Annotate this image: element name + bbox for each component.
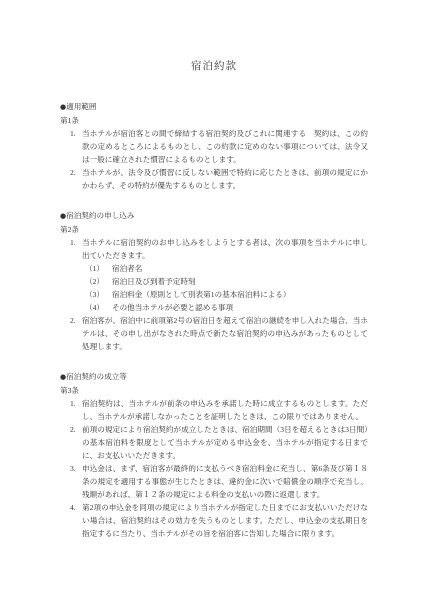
section-application: ●宿泊契約の申し込み 第2条 1. 当ホテルに宿泊契約のお申し込みをしようとする…: [60, 209, 368, 353]
sub-clause-number: （4）: [85, 301, 107, 314]
section-heading: ●適用範囲: [60, 100, 368, 114]
clause-number: 2.: [70, 314, 82, 353]
clause-number: 2.: [70, 166, 82, 192]
section-scope: ●適用範囲 第1条 1. 当ホテルが宿泊客との間で締結する宿泊契約及びこれに関連…: [60, 100, 368, 192]
clause-text: 第2項の申込金を同項の規定により当ホテルが指定した日までにお支払いいただけない場…: [82, 501, 368, 540]
clause-item: 2. 前項の規定により宿泊契約が成立したときは、宿泊期間（3日を超えるときは3日…: [60, 423, 368, 462]
clause-item: 3. 申込金は、まず、宿泊客が最終的に支払うべき宿泊料金に充当し、第6条及び第１…: [60, 462, 368, 501]
section-heading-text: 宿泊契約の成立等: [66, 372, 127, 381]
sub-clause-text: 宿泊日及び到着予定時刻: [112, 275, 368, 288]
sub-clause-text: 宿泊者名: [112, 262, 368, 275]
section-formation: ●宿泊契約の成立等 第3条 1. 宿泊契約は、当ホテルが前条の申込みを承諾した時…: [60, 370, 368, 540]
clause-number: 4.: [70, 501, 82, 540]
sub-clause-text: 宿泊料金（原則として別表第1の基本宿泊料による）: [112, 288, 368, 301]
document-page: 宿泊約款 ●適用範囲 第1条 1. 当ホテルが宿泊客との間で締結する宿泊契約及び…: [0, 0, 424, 600]
sub-clause-item: （2） 宿泊日及び到着予定時刻: [60, 275, 368, 288]
clause-text: 当ホテルが宿泊客との間で締結する宿泊契約及びこれに関連する 契約は、この約款の定…: [82, 127, 368, 166]
clause-text: 宿泊客が、宿泊中に前項第2号の宿泊日を超えて宿泊の継続を申し入れた場合、当ホテル…: [82, 314, 368, 353]
article-label: 第2条: [60, 223, 368, 236]
clause-number: 3.: [70, 462, 82, 501]
sub-clause-item: （3） 宿泊料金（原則として別表第1の基本宿泊料による）: [60, 288, 368, 301]
clause-item: 1. 当ホテルに宿泊契約のお申し込みをしようとする者は、次の事項を当ホテルに申し…: [60, 236, 368, 262]
sub-clause-number: （3）: [85, 288, 107, 301]
article-label: 第1条: [60, 114, 368, 127]
clause-item: 2. 宿泊客が、宿泊中に前項第2号の宿泊日を超えて宿泊の継続を申し入れた場合、当…: [60, 314, 368, 353]
clause-text: 申込金は、まず、宿泊客が最終的に支払うべき宿泊料金に充当し、第6条及び第１８条の…: [82, 462, 368, 501]
clause-number: 1.: [70, 397, 82, 423]
clause-text: 前項の規定により宿泊契約が成立したときは、宿泊期間（3日を超えるときは3日間）の…: [82, 423, 368, 462]
article-label: 第3条: [60, 384, 368, 397]
document-title: 宿泊約款: [60, 60, 368, 74]
sub-clause-item: （1） 宿泊者名: [60, 262, 368, 275]
clause-item: 1. 当ホテルが宿泊客との間で締結する宿泊契約及びこれに関連する 契約は、この約…: [60, 127, 368, 166]
clause-text: 宿泊契約は、当ホテルが前条の申込みを承諾した時に成立するものとします。ただし、当…: [82, 397, 368, 423]
clause-item: 1. 宿泊契約は、当ホテルが前条の申込みを承諾した時に成立するものとします。ただ…: [60, 397, 368, 423]
clause-number: 2.: [70, 423, 82, 462]
sub-clause-number: （1）: [85, 262, 107, 275]
clause-text: 当ホテルに宿泊契約のお申し込みをしようとする者は、次の事項を当ホテルに申し出てい…: [82, 236, 368, 262]
clause-number: 1.: [70, 127, 82, 166]
clause-item: 4. 第2項の申込金を同項の規定により当ホテルが指定した日までにお支払いいただけ…: [60, 501, 368, 540]
section-heading: ●宿泊契約の成立等: [60, 370, 368, 384]
clause-text: 当ホテルが、法令及び慣習に反しない範囲で特約に応じたときは、前項の規定にかかわら…: [82, 166, 368, 192]
sub-clause-text: その他当ホテルが必要と認める事項: [112, 301, 368, 314]
clause-item: 2. 当ホテルが、法令及び慣習に反しない範囲で特約に応じたときは、前項の規定にか…: [60, 166, 368, 192]
section-heading-text: 適用範囲: [66, 102, 96, 111]
clause-number: 1.: [70, 236, 82, 262]
sub-clause-item: （4） その他当ホテルが必要と認める事項: [60, 301, 368, 314]
sub-clause-number: （2）: [85, 275, 107, 288]
section-heading: ●宿泊契約の申し込み: [60, 209, 368, 223]
section-heading-text: 宿泊契約の申し込み: [66, 211, 134, 220]
